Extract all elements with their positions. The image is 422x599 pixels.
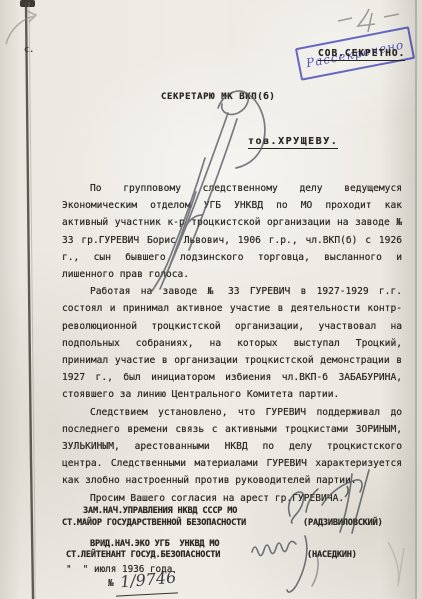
- handwritten-number: 1/9746: [119, 568, 177, 592]
- signature-nasedkin: [252, 536, 318, 592]
- signatory2-name: (НАСЕДКИН): [307, 550, 357, 560]
- signatory2-position-line2: СТ.ЛЕЙТЕНАНТ ГОСУД.БЕЗОПАСНОСТИ: [66, 550, 220, 560]
- page-edge: [417, 0, 422, 599]
- page-edge-shadow: [415, 0, 417, 599]
- pencil-scribble-top-left: [6, 11, 36, 44]
- signatory1-name: (РАДЗИВИЛОВСКИЙ): [303, 518, 383, 528]
- document-body: По групповому следственному делу ведущем…: [62, 180, 402, 507]
- paragraph: Просим Вашего согласия на арест гр.ГУРЕВ…: [62, 490, 402, 507]
- classification-label: СОВ.СЕКРЕТНО.: [318, 48, 405, 61]
- addressee-title: СЕКРЕТАРЮ МК ВКП(б): [161, 92, 275, 102]
- addressee-name: тов.ХРУЩЕВУ.: [248, 136, 338, 149]
- margin-mark: с.: [24, 45, 34, 55]
- binding-crease-line: [20, 0, 35, 599]
- pencil-marks-lower-right: [388, 542, 404, 586]
- signatory2-position-line1: ВРИД.НАЧ.ЭКО УГБ УНКВД МО: [90, 539, 219, 549]
- signatory1-position-line1: ЗАМ.НАЧ.УПРАВЛЕНИЯ НКВД СССР МО: [83, 506, 237, 516]
- number-underline: [116, 592, 178, 596]
- signatory1-position-line2: СТ.МАЙОР ГОСУДАРСТВЕННОЙ БЕЗОПАСНОСТИ: [62, 518, 246, 528]
- number-label: №: [108, 578, 114, 589]
- paragraph: Работая на заводе № 33 ГУРЕВИЧ в 1927-19…: [62, 283, 402, 403]
- paragraph: По групповому следственному делу ведущем…: [62, 180, 402, 283]
- pencil-page-number: [338, 9, 399, 32]
- paragraph: Следствием установлено, что ГУРЕВИЧ подд…: [62, 404, 402, 490]
- document-page: Рассекречено СОВ.СЕКРЕТНО. с. СЕКРЕТАРЮ …: [0, 0, 422, 599]
